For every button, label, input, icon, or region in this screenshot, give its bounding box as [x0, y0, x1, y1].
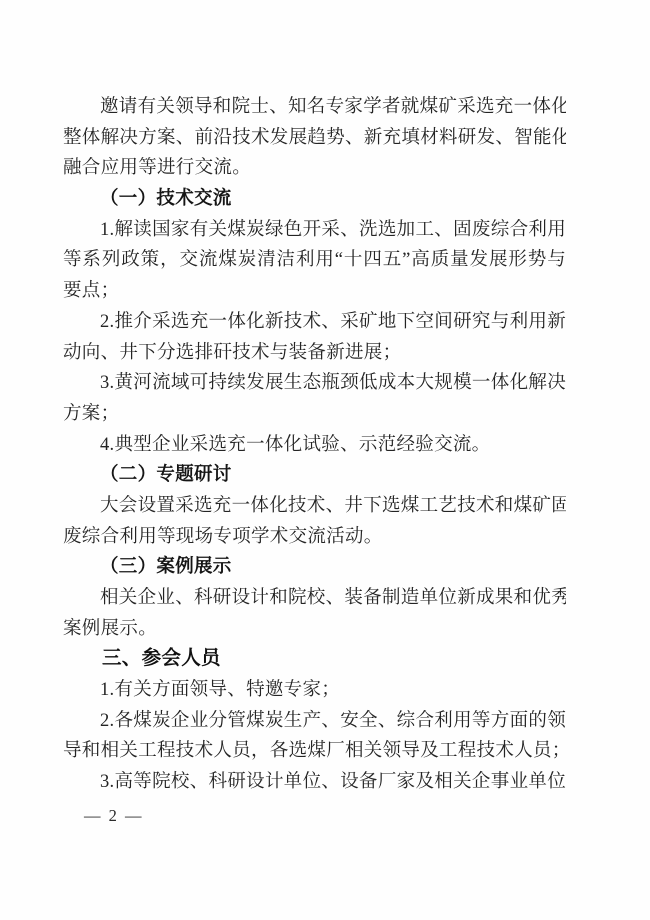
document-body: 邀请有关领导和院士、知名专家学者就煤矿采选充一体化 整体解决方案、前沿技术发展趋… — [63, 92, 566, 798]
list-item-line: 2.各煤炭企业分管煤炭生产、安全、综合利用等方面的领 — [63, 706, 566, 737]
paragraph-line: 动向、井下分选排矸技术与装备新进展； — [63, 338, 566, 369]
paragraph-line: 邀请有关领导和院士、知名专家学者就煤矿采选充一体化 — [63, 92, 566, 123]
paragraph-line: 要点； — [63, 276, 566, 307]
list-item-line: 1.有关方面领导、特邀专家； — [63, 675, 566, 706]
list-item-line: 3.高等院校、科研设计单位、设备厂家及相关企事业单位 — [63, 767, 566, 798]
paragraph-line: 相关企业、科研设计和院校、装备制造单位新成果和优秀 — [63, 583, 566, 614]
paragraph-line: 案例展示。 — [63, 614, 566, 645]
section-heading: （二）专题研讨 — [63, 460, 566, 491]
list-item-line: 2.推介采选充一体化新技术、采矿地下空间研究与利用新 — [63, 307, 566, 338]
list-item-line: 4.典型企业采选充一体化试验、示范经验交流。 — [63, 430, 566, 461]
paragraph-line: 大会设置采选充一体化技术、井下选煤工艺技术和煤矿固 — [63, 491, 566, 522]
paragraph-line: 方案； — [63, 399, 566, 430]
document-page: 邀请有关领导和院士、知名专家学者就煤矿采选充一体化 整体解决方案、前沿技术发展趋… — [0, 0, 650, 920]
paragraph-line: 融合应用等进行交流。 — [63, 153, 566, 184]
paragraph-line: 等系列政策，交流煤炭清洁利用“十四五”高质量发展形势与 — [63, 245, 566, 276]
chapter-heading: 三、参会人员 — [63, 644, 566, 675]
page-number: — 2 — — [84, 806, 144, 826]
paragraph-line: 整体解决方案、前沿技术发展趋势、新充填材料研发、智能化 — [63, 123, 566, 154]
paragraph-line: 废综合利用等现场专项学术交流活动。 — [63, 522, 566, 553]
section-heading: （三）案例展示 — [63, 552, 566, 583]
list-item-line: 1.解读国家有关煤炭绿色开采、洗选加工、固废综合利用 — [63, 215, 566, 246]
section-heading: （一）技术交流 — [63, 184, 566, 215]
paragraph-line: 导和相关工程技术人员，各选煤厂相关领导及工程技术人员； — [63, 736, 566, 767]
list-item-line: 3.黄河流域可持续发展生态瓶颈低成本大规模一体化解决 — [63, 368, 566, 399]
